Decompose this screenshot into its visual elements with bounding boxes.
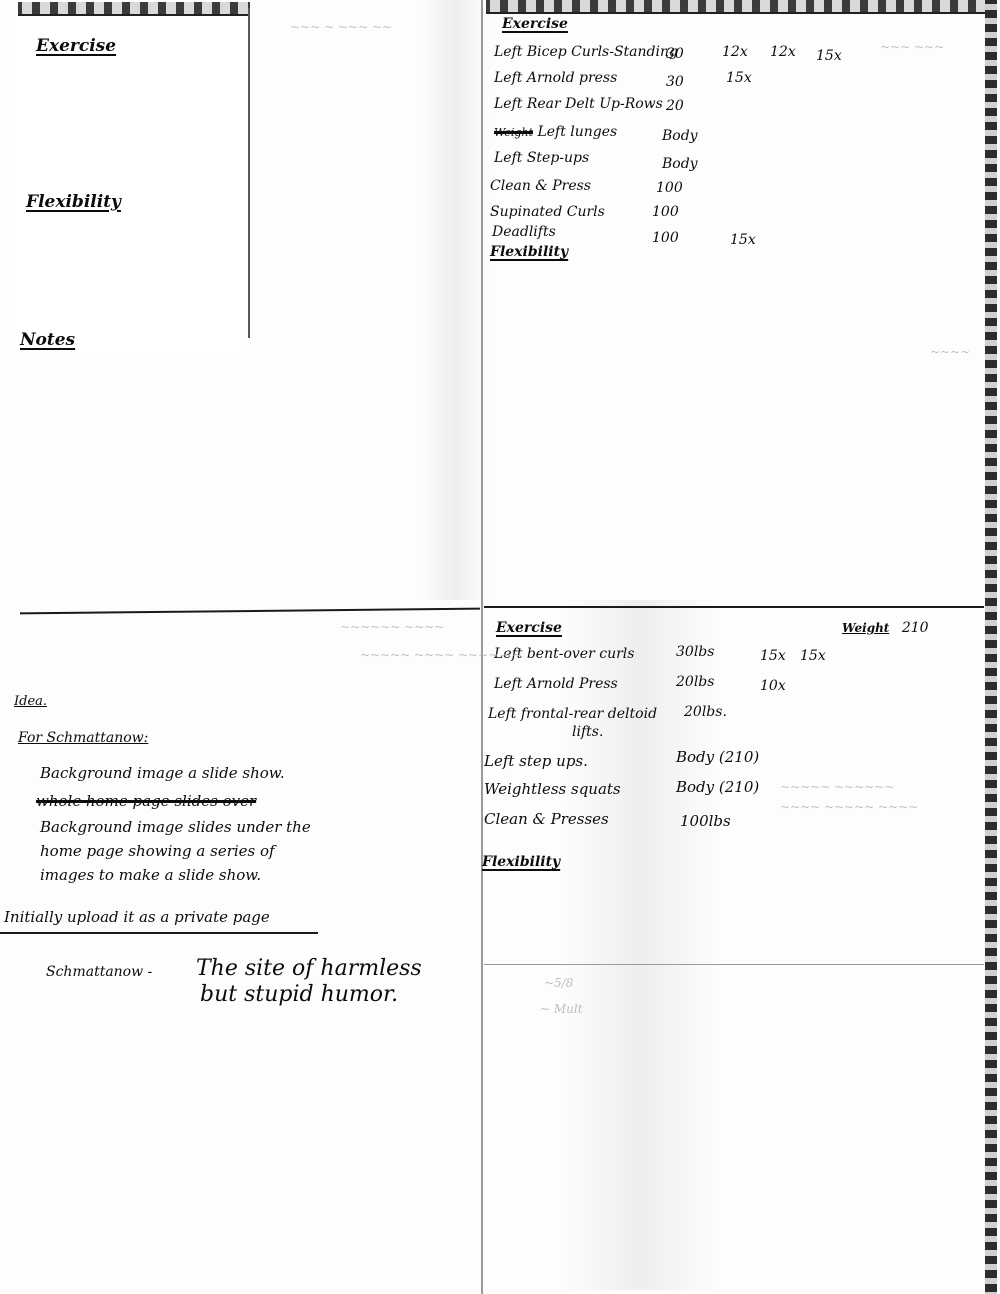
bleed-through-text: ~~~~ ~~~~~ ~~~~ xyxy=(780,800,918,814)
exercise-set: 10x xyxy=(760,678,786,694)
page-divider xyxy=(20,608,480,615)
exercise-set: 15x xyxy=(816,48,842,64)
bleed-through-shadow xyxy=(420,0,490,600)
exercise-row: Left step ups. xyxy=(484,752,588,770)
crossed-out-word: Weight xyxy=(494,126,533,139)
exercise-row: Left Arnold press xyxy=(494,70,617,86)
exercise-weight: 20lbs. xyxy=(684,704,727,720)
exercise-weight: 20lbs xyxy=(676,674,714,690)
heading-flexibility-top-right: Flexibility xyxy=(490,244,568,260)
heading-exercise: Exercise xyxy=(36,36,116,56)
exercise-weight: Body (210) xyxy=(676,778,759,796)
exercise-weight: 30lbs xyxy=(676,644,714,660)
idea-line: images to make a slide show. xyxy=(40,866,261,884)
heading-flexibility: Flexibility xyxy=(26,192,121,212)
exercise-weight: 100lbs xyxy=(680,812,731,830)
bleed-through-text: ~~~ ~ ~~~ ~~ xyxy=(290,20,392,34)
exercise-row: Weight Left lunges xyxy=(494,124,617,140)
idea-line: Background image slides under the xyxy=(40,818,311,836)
upload-underline xyxy=(0,932,318,934)
spiral-binding-right xyxy=(985,0,997,1294)
bleed-through-text: ~5/8 xyxy=(544,976,573,990)
tagline-line-2: but stupid humor. xyxy=(200,982,398,1007)
heading-notes: Notes xyxy=(20,330,75,350)
exercise-row: Clean & Press xyxy=(490,178,591,194)
exercise-set: 15x xyxy=(726,70,752,86)
exercise-weight: Body (210) xyxy=(676,748,759,766)
exercise-name: Left Bicep Curls-Standing xyxy=(494,44,678,60)
heading-flexibility-bottom-right: Flexibility xyxy=(482,854,560,870)
exercise-set: 12x xyxy=(722,44,748,60)
bleed-through-text: ~~~~~ ~~~~ ~~~~ ~~ xyxy=(360,648,522,662)
weight-value: 210 xyxy=(902,620,929,636)
exercise-set: 15x xyxy=(730,232,756,248)
idea-line: Background image a slide show. xyxy=(40,764,285,782)
exercise-name: Left Step-ups xyxy=(494,150,589,166)
bleed-through-text: ~~~~~ ~~~~~~ xyxy=(780,780,894,794)
exercise-row: Left Bicep Curls-Standing xyxy=(494,44,678,60)
exercise-name-continued: lifts. xyxy=(572,724,603,740)
tagline-name: Schmattanow - xyxy=(46,964,152,980)
exercise-weight: 30 xyxy=(666,46,684,62)
exercise-set: 15x xyxy=(760,648,786,664)
exercise-row: Left Step-ups xyxy=(494,150,589,166)
exercise-row: Left Rear Delt Up-Rows xyxy=(494,96,663,112)
page-divider xyxy=(484,606,984,608)
bleed-through-text: ~~~~ xyxy=(930,345,970,359)
exercise-weight: Body xyxy=(662,128,698,144)
top-left-page xyxy=(14,8,246,353)
exercise-row: Clean & Presses xyxy=(484,810,609,828)
idea-line: home page showing a series of xyxy=(40,842,275,860)
exercise-weight: 100 xyxy=(652,230,679,246)
exercise-row: Left Arnold Press xyxy=(494,676,618,692)
bleed-through-text: ~~~ ~~~ xyxy=(880,40,944,54)
bleed-through-text: ~ Mult xyxy=(540,1002,583,1016)
exercise-set: 12x xyxy=(770,44,796,60)
spiral-binding-top-left xyxy=(18,2,250,16)
spiral-binding-top-right xyxy=(486,0,986,14)
exercise-name: Left Arnold press xyxy=(494,70,617,86)
idea-heading: Idea. xyxy=(14,694,47,709)
exercise-row: Left frontal-rear deltoid xyxy=(488,706,657,722)
page-edge-center xyxy=(481,0,483,1294)
exercise-weight: 20 xyxy=(666,98,684,114)
page-fold-line xyxy=(484,964,984,965)
exercise-weight: Body xyxy=(662,156,698,172)
exercise-row: Supinated Curls xyxy=(490,204,605,220)
upload-note: Initially upload it as a private page xyxy=(4,908,270,926)
bleed-through-text: ~~~~~~ ~~~~ xyxy=(340,620,444,634)
tagline-line-1: The site of harmless xyxy=(196,956,422,981)
exercise-weight: 30 xyxy=(666,74,684,90)
heading-exercise-top-right: Exercise xyxy=(502,16,568,32)
exercise-name: Left lunges xyxy=(537,124,617,140)
exercise-row: Weightless squats xyxy=(484,780,621,798)
exercise-name: Left frontal-rear deltoid xyxy=(488,706,657,722)
exercise-name: Clean & Press xyxy=(490,178,591,194)
weight-label-text: Weight xyxy=(842,621,889,635)
exercise-weight: 100 xyxy=(656,180,683,196)
exercise-set: 15x xyxy=(800,648,826,664)
weight-label: Weight 210 xyxy=(842,620,929,636)
for-heading: For Schmattanow: xyxy=(18,730,148,746)
exercise-row: Deadlifts xyxy=(492,224,556,240)
exercise-name: Deadlifts xyxy=(492,224,556,240)
idea-line-struck: whole home page slides over xyxy=(36,792,256,810)
exercise-weight: 100 xyxy=(652,204,679,220)
exercise-name: Supinated Curls xyxy=(490,204,605,220)
page-edge-top-left xyxy=(248,8,250,338)
heading-exercise-bottom-right: Exercise xyxy=(496,620,562,636)
exercise-name: Left Rear Delt Up-Rows xyxy=(494,96,663,112)
